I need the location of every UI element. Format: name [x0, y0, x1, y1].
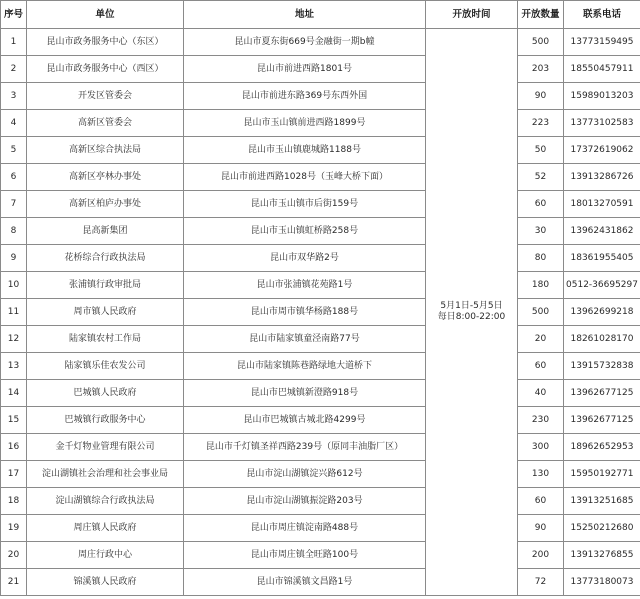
cell-address: 昆山市巴城镇古城北路4299号	[184, 407, 426, 434]
cell-unit: 高新区综合执法局	[27, 137, 184, 164]
cell-no: 21	[1, 569, 27, 596]
table-row: 13 陆家镇乐佳农发公司 昆山市陆家镇陈巷路绿地大道桥下 60 13915732…	[1, 353, 640, 380]
cell-phone: 18962652953	[564, 434, 640, 461]
cell-quantity: 200	[518, 542, 564, 569]
cell-no: 2	[1, 56, 27, 83]
cell-phone: 13913251685	[564, 488, 640, 515]
cell-no: 16	[1, 434, 27, 461]
cell-phone: 13962677125	[564, 407, 640, 434]
cell-no: 4	[1, 110, 27, 137]
cell-address: 昆山市玉山镇虹桥路258号	[184, 218, 426, 245]
cell-quantity: 52	[518, 164, 564, 191]
cell-address: 昆山市周庄镇全旺路100号	[184, 542, 426, 569]
cell-unit: 昆山市政务服务中心（西区）	[27, 56, 184, 83]
cell-phone: 13773180073	[564, 569, 640, 596]
cell-no: 18	[1, 488, 27, 515]
cell-address: 昆山市淀山湖镇振淀路203号	[184, 488, 426, 515]
cell-unit: 高新区管委会	[27, 110, 184, 137]
cell-unit: 高新区亭林办事处	[27, 164, 184, 191]
header-quantity: 开放数量	[518, 1, 564, 29]
cell-address: 昆山市巴城镇新澄路918号	[184, 380, 426, 407]
cell-quantity: 40	[518, 380, 564, 407]
table-row: 2 昆山市政务服务中心（西区） 昆山市前进西路1801号 203 1855045…	[1, 56, 640, 83]
table-row: 12 陆家镇农村工作局 昆山市陆家镇童泾南路77号 20 18261028170	[1, 326, 640, 353]
cell-no: 6	[1, 164, 27, 191]
cell-no: 19	[1, 515, 27, 542]
header-phone: 联系电话	[564, 1, 640, 29]
cell-unit: 金千灯物业管理有限公司	[27, 434, 184, 461]
cell-quantity: 203	[518, 56, 564, 83]
cell-no: 17	[1, 461, 27, 488]
distribution-points-table: 序号 单位 地址 开放时间 开放数量 联系电话 1 昆山市政务服务中心（东区） …	[0, 0, 640, 596]
cell-phone: 15250212680	[564, 515, 640, 542]
table-row: 1 昆山市政务服务中心（东区） 昆山市夏东街669号金融街一期b幢 5月1日-5…	[1, 29, 640, 56]
cell-phone: 15989013203	[564, 83, 640, 110]
cell-address: 昆山市周庄镇淀南路488号	[184, 515, 426, 542]
table-row: 3 开发区管委会 昆山市前进东路369号东西外国 90 15989013203	[1, 83, 640, 110]
cell-unit: 周庄行政中心	[27, 542, 184, 569]
table-row: 4 高新区管委会 昆山市玉山镇前进西路1899号 223 13773102583	[1, 110, 640, 137]
cell-address: 昆山市陆家镇陈巷路绿地大道桥下	[184, 353, 426, 380]
cell-address: 昆山市前进西路1028号（玉峰大桥下面）	[184, 164, 426, 191]
table-row: 18 淀山湖镇综合行政执法局 昆山市淀山湖镇振淀路203号 60 1391325…	[1, 488, 640, 515]
cell-quantity: 72	[518, 569, 564, 596]
table-row: 17 淀山湖镇社会治理和社会事业局 昆山市淀山湖镇淀兴路612号 130 159…	[1, 461, 640, 488]
cell-phone: 18261028170	[564, 326, 640, 353]
cell-address: 昆山市千灯镇圣祥西路239号（原同丰油脂厂区）	[184, 434, 426, 461]
table-row: 21 锦溪镇人民政府 昆山市锦溪镇文昌路1号 72 13773180073	[1, 569, 640, 596]
cell-no: 15	[1, 407, 27, 434]
header-time: 开放时间	[426, 1, 518, 29]
cell-quantity: 223	[518, 110, 564, 137]
cell-address: 昆山市夏东街669号金融街一期b幢	[184, 29, 426, 56]
cell-no: 12	[1, 326, 27, 353]
cell-no: 3	[1, 83, 27, 110]
cell-quantity: 20	[518, 326, 564, 353]
cell-unit: 淀山湖镇社会治理和社会事业局	[27, 461, 184, 488]
cell-unit: 周庄镇人民政府	[27, 515, 184, 542]
cell-phone: 18013270591	[564, 191, 640, 218]
cell-phone: 15950192771	[564, 461, 640, 488]
cell-open-time: 5月1日-5月5日 每日8:00-22:00	[426, 29, 518, 596]
cell-unit: 巴城镇人民政府	[27, 380, 184, 407]
cell-phone: 18550457911	[564, 56, 640, 83]
cell-address: 昆山市玉山镇市后街159号	[184, 191, 426, 218]
cell-no: 11	[1, 299, 27, 326]
cell-no: 14	[1, 380, 27, 407]
cell-phone: 13962431862	[564, 218, 640, 245]
cell-phone: 18361955405	[564, 245, 640, 272]
cell-no: 1	[1, 29, 27, 56]
cell-quantity: 80	[518, 245, 564, 272]
cell-unit: 张浦镇行政审批局	[27, 272, 184, 299]
cell-unit: 陆家镇农村工作局	[27, 326, 184, 353]
cell-phone: 13773159495	[564, 29, 640, 56]
cell-address: 昆山市玉山镇前进西路1899号	[184, 110, 426, 137]
table-row: 19 周庄镇人民政府 昆山市周庄镇淀南路488号 90 15250212680	[1, 515, 640, 542]
cell-quantity: 50	[518, 137, 564, 164]
cell-phone: 13962677125	[564, 380, 640, 407]
header-unit: 单位	[27, 1, 184, 29]
cell-address: 昆山市周市镇华杨路188号	[184, 299, 426, 326]
cell-unit: 高新区柏庐办事处	[27, 191, 184, 218]
cell-quantity: 180	[518, 272, 564, 299]
table-row: 14 巴城镇人民政府 昆山市巴城镇新澄路918号 40 13962677125	[1, 380, 640, 407]
header-row: 序号 单位 地址 开放时间 开放数量 联系电话	[1, 1, 640, 29]
cell-no: 20	[1, 542, 27, 569]
cell-quantity: 90	[518, 83, 564, 110]
cell-quantity: 30	[518, 218, 564, 245]
cell-address: 昆山市张浦镇花苑路1号	[184, 272, 426, 299]
cell-quantity: 300	[518, 434, 564, 461]
cell-no: 7	[1, 191, 27, 218]
cell-phone: 13913286726	[564, 164, 640, 191]
cell-unit: 周市镇人民政府	[27, 299, 184, 326]
cell-phone: 0512-36695297	[564, 272, 640, 299]
cell-no: 8	[1, 218, 27, 245]
cell-unit: 淀山湖镇综合行政执法局	[27, 488, 184, 515]
cell-address: 昆山市前进东路369号东西外国	[184, 83, 426, 110]
header-address: 地址	[184, 1, 426, 29]
cell-no: 13	[1, 353, 27, 380]
cell-quantity: 60	[518, 353, 564, 380]
cell-address: 昆山市前进西路1801号	[184, 56, 426, 83]
table-row: 11 周市镇人民政府 昆山市周市镇华杨路188号 500 13962699218	[1, 299, 640, 326]
cell-no: 5	[1, 137, 27, 164]
cell-address: 昆山市双华路2号	[184, 245, 426, 272]
table-row: 20 周庄行政中心 昆山市周庄镇全旺路100号 200 13913276855	[1, 542, 640, 569]
cell-phone: 13773102583	[564, 110, 640, 137]
cell-unit: 昆山市政务服务中心（东区）	[27, 29, 184, 56]
cell-phone: 17372619062	[564, 137, 640, 164]
cell-quantity: 90	[518, 515, 564, 542]
table-row: 5 高新区综合执法局 昆山市玉山镇鹿城路1188号 50 17372619062	[1, 137, 640, 164]
cell-quantity: 230	[518, 407, 564, 434]
cell-unit: 昆高新集团	[27, 218, 184, 245]
table-row: 10 张浦镇行政审批局 昆山市张浦镇花苑路1号 180 0512-3669529…	[1, 272, 640, 299]
table-row: 16 金千灯物业管理有限公司 昆山市千灯镇圣祥西路239号（原同丰油脂厂区） 3…	[1, 434, 640, 461]
cell-address: 昆山市淀山湖镇淀兴路612号	[184, 461, 426, 488]
cell-quantity: 60	[518, 191, 564, 218]
cell-phone: 13962699218	[564, 299, 640, 326]
cell-unit: 巴城镇行政服务中心	[27, 407, 184, 434]
cell-unit: 开发区管委会	[27, 83, 184, 110]
table-row: 8 昆高新集团 昆山市玉山镇虹桥路258号 30 13962431862	[1, 218, 640, 245]
open-time-dates: 5月1日-5月5日	[426, 301, 517, 312]
table-row: 6 高新区亭林办事处 昆山市前进西路1028号（玉峰大桥下面） 52 13913…	[1, 164, 640, 191]
cell-address: 昆山市陆家镇童泾南路77号	[184, 326, 426, 353]
table-body: 1 昆山市政务服务中心（东区） 昆山市夏东街669号金融街一期b幢 5月1日-5…	[1, 29, 640, 596]
table-row: 7 高新区柏庐办事处 昆山市玉山镇市后街159号 60 18013270591	[1, 191, 640, 218]
cell-no: 10	[1, 272, 27, 299]
cell-address: 昆山市玉山镇鹿城路1188号	[184, 137, 426, 164]
cell-quantity: 500	[518, 299, 564, 326]
open-time-hours: 每日8:00-22:00	[426, 312, 517, 323]
header-no: 序号	[1, 1, 27, 29]
cell-unit: 花桥综合行政执法局	[27, 245, 184, 272]
cell-address: 昆山市锦溪镇文昌路1号	[184, 569, 426, 596]
cell-quantity: 60	[518, 488, 564, 515]
table-row: 9 花桥综合行政执法局 昆山市双华路2号 80 18361955405	[1, 245, 640, 272]
cell-phone: 13913276855	[564, 542, 640, 569]
cell-unit: 陆家镇乐佳农发公司	[27, 353, 184, 380]
cell-no: 9	[1, 245, 27, 272]
cell-phone: 13915732838	[564, 353, 640, 380]
cell-quantity: 500	[518, 29, 564, 56]
cell-quantity: 130	[518, 461, 564, 488]
cell-unit: 锦溪镇人民政府	[27, 569, 184, 596]
table-row: 15 巴城镇行政服务中心 昆山市巴城镇古城北路4299号 230 1396267…	[1, 407, 640, 434]
